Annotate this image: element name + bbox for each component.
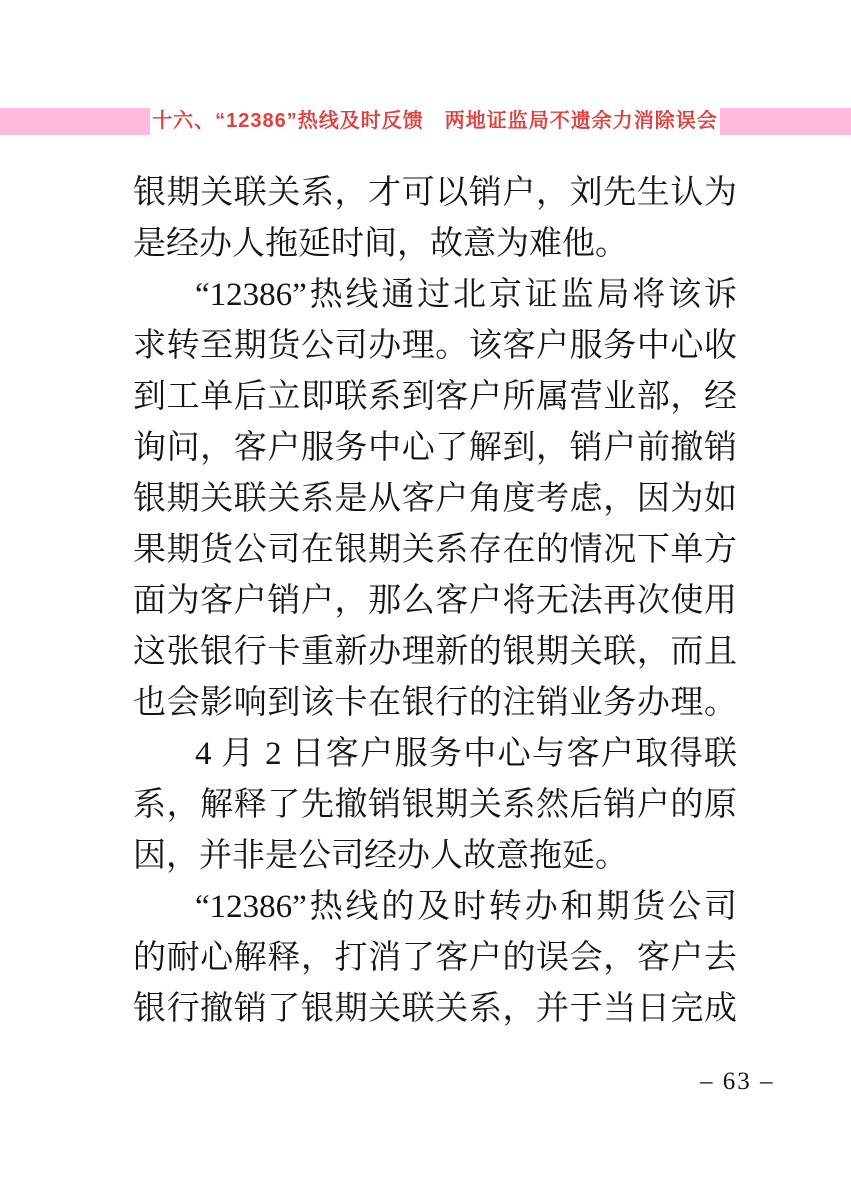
page-header: 十六、“12386”热线及时反馈 两地证监局不遗余力消除误会 xyxy=(0,108,851,135)
text-line: 询问，客户服务中心了解到，销户前撤销 xyxy=(133,423,737,474)
text-line: 银行撤销了银期关联关系，并于当日完成 xyxy=(133,984,737,1035)
text-line: 面为客户销户，那么客户将无法再次使用 xyxy=(133,576,737,627)
text-line: 的耐心解释，打消了客户的误会，客户去 xyxy=(133,933,737,984)
document-page: 十六、“12386”热线及时反馈 两地证监局不遗余力消除误会 银期关联关系，才可… xyxy=(0,0,851,1189)
header-right-bar xyxy=(720,108,851,135)
header-left-bar xyxy=(0,108,150,135)
text-line: “12386”热线的及时转办和期货公司 xyxy=(133,882,737,933)
chapter-title: 十六、“12386”热线及时反馈 两地证监局不遗余力消除误会 xyxy=(150,108,720,135)
text-line: 到工单后立即联系到客户所属营业部，经 xyxy=(133,372,737,423)
page-number: – 63 – xyxy=(700,1068,775,1096)
text-line: 银期关联关系，才可以销户，刘先生认为 xyxy=(133,168,737,219)
text-line: 果期货公司在银期关系存在的情况下单方 xyxy=(133,525,737,576)
text-line: 银期关联关系是从客户角度考虑，因为如 xyxy=(133,474,737,525)
text-line: 因，并非是公司经办人故意拖延。 xyxy=(133,831,737,882)
text-line: 系，解释了先撤销银期关系然后销户的原 xyxy=(133,780,737,831)
text-line: 求转至期货公司办理。该客户服务中心收 xyxy=(133,321,737,372)
text-line: 4 月 2 日客户服务中心与客户取得联 xyxy=(133,729,737,780)
body-text: 银期关联关系，才可以销户，刘先生认为是经办人拖延时间，故意为难他。“12386”… xyxy=(133,168,737,1035)
text-line: 是经办人拖延时间，故意为难他。 xyxy=(133,219,737,270)
text-line: “12386”热线通过北京证监局将该诉 xyxy=(133,270,737,321)
text-line: 这张银行卡重新办理新的银期关联，而且 xyxy=(133,627,737,678)
text-line: 也会影响到该卡在银行的注销业务办理。 xyxy=(133,678,737,729)
